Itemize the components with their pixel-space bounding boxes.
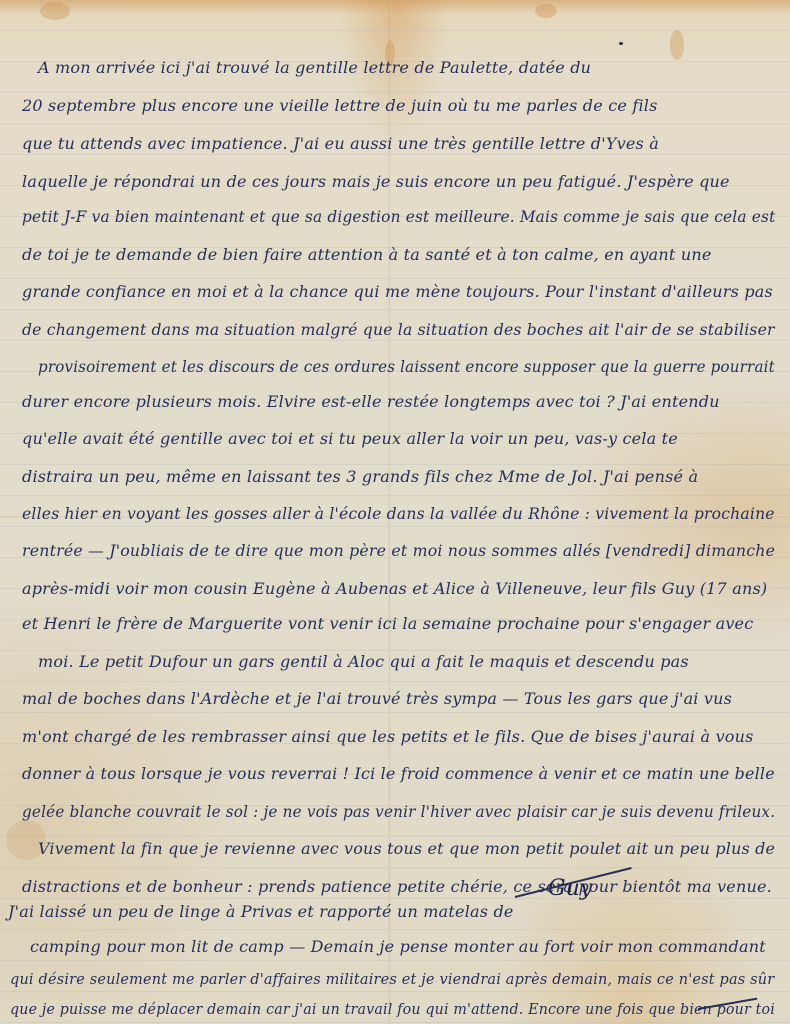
letter-line: petit J-F va bien maintenant et que sa d… xyxy=(22,207,775,227)
letter-line: distractions et de bonheur : prends pati… xyxy=(22,877,772,897)
letter-line: laquelle je répondrai un de ces jours ma… xyxy=(22,172,730,192)
letter-line: moi. Le petit Dufour un gars gentil à Al… xyxy=(38,652,689,672)
water-stain xyxy=(535,4,557,18)
water-stain xyxy=(40,2,70,20)
water-stain xyxy=(670,30,684,60)
letter-line: qu'elle avait été gentille avec toi et s… xyxy=(22,429,678,449)
letter-line: et Henri le frère de Marguerite vont ven… xyxy=(22,614,753,634)
letter-line: grande confiance en moi et à la chance q… xyxy=(22,282,773,302)
letter-line: de changement dans ma situation malgré q… xyxy=(22,320,775,340)
letter-line: distraira un peu, même en laissant tes 3… xyxy=(22,467,698,487)
letter-line: 20 septembre plus encore une vieille let… xyxy=(22,96,658,116)
letter-line: donner à tous lorsque je vous reverrai !… xyxy=(22,764,775,784)
letter-line: de toi je te demande de bien faire atten… xyxy=(22,245,712,265)
letter-page: A mon arrivée ici j'ai trouvé la gentill… xyxy=(0,0,790,1024)
letter-line: provisoirement et les discours de ces or… xyxy=(38,357,775,377)
letter-line: mal de boches dans l'Ardèche et je l'ai … xyxy=(22,689,732,709)
letter-line: après-midi voir mon cousin Eugène à Aube… xyxy=(22,579,767,599)
letter-line: Vivement la fin que je revienne avec vou… xyxy=(38,839,775,859)
letter-line-with-strikethrough: rentrée — J'oubliais de te dire que mon … xyxy=(22,541,775,561)
letter-line: m'ont chargé de les rembrasser ainsi que… xyxy=(22,727,754,747)
letter-line: A mon arrivée ici j'ai trouvé la gentill… xyxy=(38,58,591,78)
postscript-line: J'ai laissé un peu de linge à Privas et … xyxy=(8,902,514,922)
postscript-line: camping pour mon lit de camp — Demain je… xyxy=(30,937,766,957)
letter-line: que tu attends avec impatience. J'ai eu … xyxy=(22,134,659,154)
letter-line: gelée blanche couvrait le sol : je ne vo… xyxy=(22,802,775,822)
letter-line: elles hier en voyant les gosses aller à … xyxy=(22,504,775,524)
ink-dot xyxy=(619,42,623,45)
postscript-line: que je puisse me déplacer demain car j'a… xyxy=(10,999,775,1019)
letter-line: durer encore plusieurs mois. Elvire est-… xyxy=(22,392,720,412)
postscript-line: qui désire seulement me parler d'affaire… xyxy=(10,969,774,989)
